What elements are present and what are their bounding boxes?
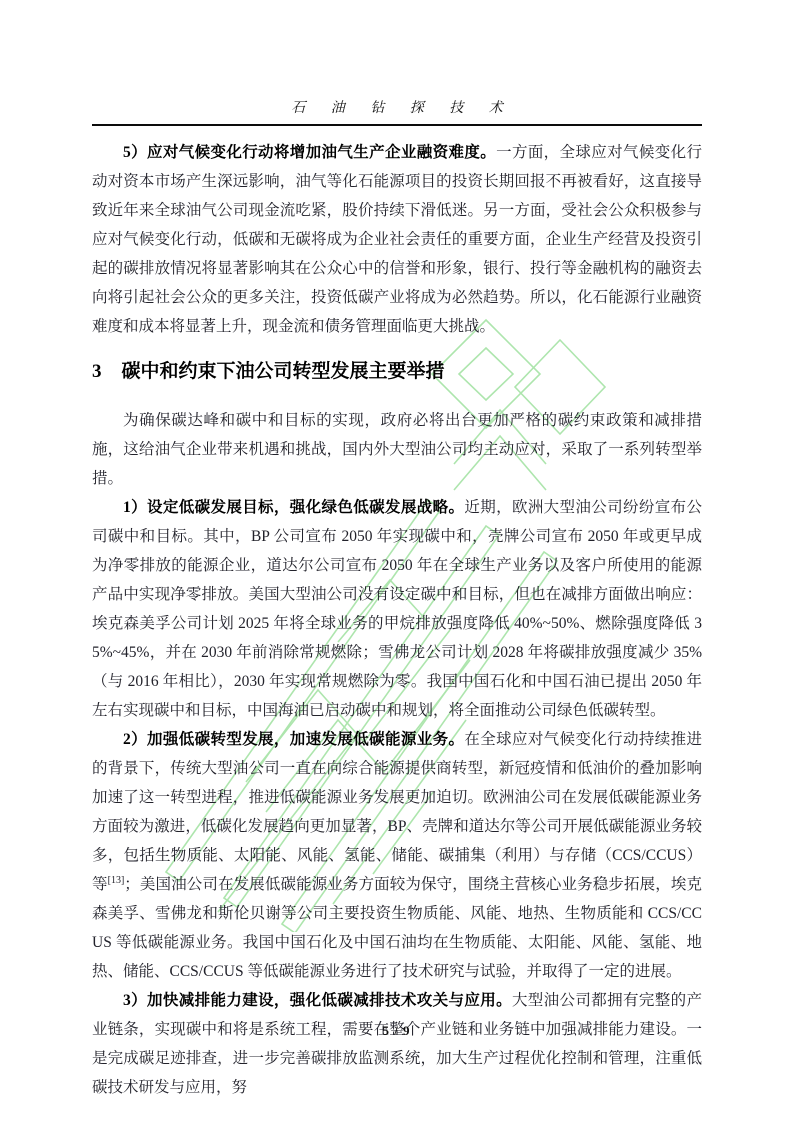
section-3-heading: 3碳中和约束下油公司转型发展主要举措 <box>92 358 702 386</box>
paragraph-section-3-intro: 为确保碳达峰和碳中和目标的实现，政府必将出台更加严格的碳约束政策和减排措施，这给… <box>92 406 702 493</box>
paragraph-measure-3: 3）加快减排能力建设，强化低碳减排技术攻关与应用。大型油公司都拥有完整的产业链条… <box>92 986 702 1102</box>
paragraph-measure-1: 1）设定低碳发展目标，强化绿色低碳发展战略。近期，欧洲大型油公司纷纷宣布公司碳中… <box>92 493 702 725</box>
measure-2-lead: 2）加强低碳转型发展，加速发展低碳能源业务。 <box>123 731 464 748</box>
document-page: 石 油 钻 探 技 术 5）应对气候变化行动将增加油气生产企业融资难度。一方面，… <box>0 0 793 1122</box>
measure-1-body: 近期，欧洲大型油公司纷纷宣布公司碳中和目标。其中，BP 公司宣布 2050 年实… <box>92 499 702 719</box>
article-content: 石 油 钻 探 技 术 5）应对气候变化行动将增加油气生产企业融资难度。一方面，… <box>92 97 702 1102</box>
section-3-number: 3 <box>92 361 102 382</box>
paragraph-lead-5: 5）应对气候变化行动将增加油气生产企业融资难度。 <box>123 144 496 161</box>
measure-1-lead: 1）设定低碳发展目标，强化绿色低碳发展战略。 <box>123 499 464 516</box>
section-3-title: 碳中和约束下油公司转型发展主要举措 <box>122 361 445 382</box>
measure-3-lead: 3）加快减排能力建设，强化低碳减排技术攻关与应用。 <box>123 992 512 1009</box>
paragraph-financing-difficulty: 5）应对气候变化行动将增加油气生产企业融资难度。一方面，全球应对气候变化行动对资… <box>92 138 702 341</box>
measure-2-body-after-ref: ；美国油公司在发展低碳能源业务方面较为保守，围绕主营核心业务稳步拓展，埃克森美孚… <box>92 876 702 980</box>
paragraph-measure-2: 2）加强低碳转型发展，加速发展低碳能源业务。在全球应对气候变化行动持续推进的背景… <box>92 725 702 986</box>
measure-2-body-before-ref: 在全球应对气候变化行动持续推进的背景下，传统大型油公司一直在向综合能源提供商转型… <box>92 731 702 893</box>
journal-title: 石 油 钻 探 技 术 <box>92 97 702 126</box>
citation-13: [13] <box>108 875 125 886</box>
section-3-intro-body: 为确保碳达峰和碳中和目标的实现，政府必将出台更加严格的碳约束政策和减排措施，这给… <box>92 412 702 487</box>
paragraph-body-5: 一方面，全球应对气候变化行动对资本市场产生深远影响，油气等化石能源项目的投资长期… <box>92 144 702 335</box>
page-number: 5 / 9 <box>0 1023 793 1039</box>
